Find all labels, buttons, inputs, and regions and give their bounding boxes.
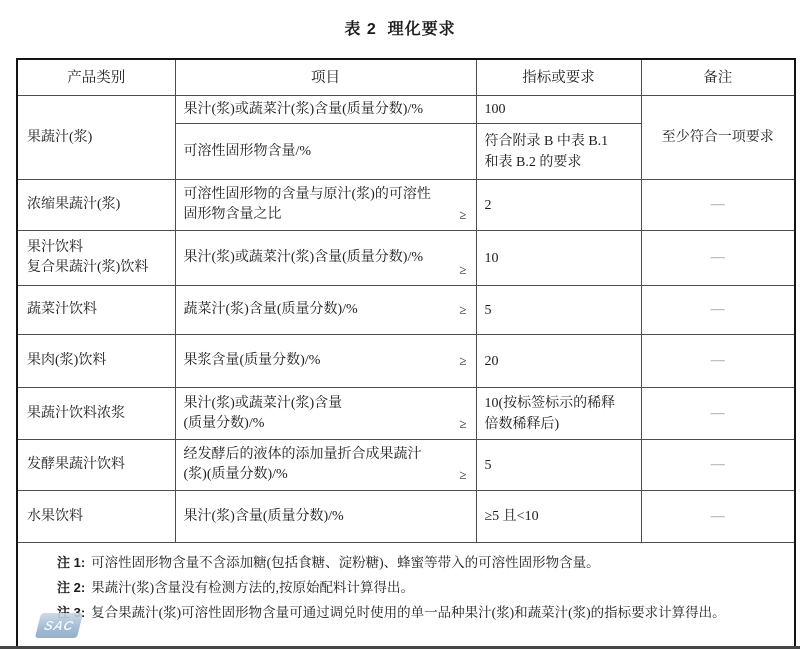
note-text: 果蔬汁(浆)含量没有检测方法的,按原始配料计算得出。 (91, 575, 780, 600)
remark-cell: — (641, 180, 795, 231)
note-label: 注 1: (57, 550, 85, 575)
header-cell-indicator: 指标或要求 (476, 59, 641, 96)
item-text: 果汁(浆)或蔬菜汁(浆)含量(质量分数)/% (184, 250, 424, 265)
remark-cell: — (641, 286, 795, 335)
table-title: 表 2 理化要求 (0, 16, 800, 39)
category-cell: 果肉(浆)饮料 (17, 335, 175, 388)
value-cell: 2 (476, 180, 641, 231)
value-cell: 符合附录 B 中表 B.1 和表 B.2 的要求 (476, 124, 641, 180)
category-cell: 水果饮料 (17, 491, 175, 543)
remark-cell: 至少符合一项要求 (641, 96, 795, 180)
category-cell: 果蔬汁饮料浓浆 (17, 388, 175, 440)
remark-cell: — (641, 440, 795, 491)
value-cell: ≥5 且<10 (476, 491, 641, 543)
note-item: 注 1: 可溶性固形物含量不含添加糖(包括食糖、淀粉糖)、蜂蜜等带入的可溶性固形… (57, 550, 780, 575)
category-cell: 发酵果蔬汁饮料 (17, 440, 175, 491)
table-row: 蔬菜汁饮料 蔬菜汁(浆)含量(质量分数)/%≥ 5 — (17, 286, 795, 335)
item-text: 蔬菜汁(浆)含量(质量分数)/% (184, 302, 358, 317)
note-text: 复合果蔬汁(浆)可溶性固形物含量可通过调兑时使用的单一品种果汁(浆)和蔬菜汁(浆… (91, 600, 780, 625)
gte-symbol: ≥ (459, 205, 466, 225)
requirements-table: 产品类别 项目 指标或要求 备注 果蔬汁(浆) 果汁(浆)或蔬菜汁(浆)含量(质… (16, 58, 796, 649)
sac-watermark-logo: SAC (35, 613, 83, 638)
header-row: 产品类别 项目 指标或要求 备注 (17, 59, 795, 96)
item-text: 果汁(浆)含量(质量分数)/% (184, 509, 344, 524)
header-cell-item: 项目 (175, 59, 476, 96)
value-cell: 5 (476, 440, 641, 491)
notes-row: 注 1: 可溶性固形物含量不含添加糖(包括食糖、淀粉糖)、蜂蜜等带入的可溶性固形… (17, 543, 795, 649)
table-row: 水果饮料 果汁(浆)含量(质量分数)/% ≥5 且<10 — (17, 491, 795, 543)
gte-symbol: ≥ (459, 351, 466, 371)
category-cell: 蔬菜汁饮料 (17, 286, 175, 335)
note-label: 注 2: (57, 575, 85, 600)
value-cell: 5 (476, 286, 641, 335)
table-row: 果蔬汁饮料浓浆 果汁(浆)或蔬菜汁(浆)含量 (质量分数)/%≥ 10(按标签标… (17, 388, 795, 440)
table-row: 果肉(浆)饮料 果浆含量(质量分数)/%≥ 20 — (17, 335, 795, 388)
category-cell: 果汁饮料 复合果蔬汁(浆)饮料 (17, 231, 175, 286)
remark-cell: — (641, 335, 795, 388)
value-cell: 10(按标签标示的稀释 倍数稀释后) (476, 388, 641, 440)
category-cell: 浓缩果蔬汁(浆) (17, 180, 175, 231)
note-item: 注 3: 复合果蔬汁(浆)可溶性固形物含量可通过调兑时使用的单一品种果汁(浆)和… (57, 600, 780, 625)
item-text: 可溶性固形物的含量与原汁(浆)的可溶性 固形物含量之比 (184, 187, 431, 222)
table-row: 果汁饮料 复合果蔬汁(浆)饮料 果汁(浆)或蔬菜汁(浆)含量(质量分数)/%≥ … (17, 231, 795, 286)
item-text: 经发酵后的液体的添加量折合成果蔬汁 (浆)(质量分数)/% (184, 447, 422, 482)
gte-symbol: ≥ (459, 300, 466, 320)
remark-cell: — (641, 491, 795, 543)
table-row: 浓缩果蔬汁(浆) 可溶性固形物的含量与原汁(浆)的可溶性 固形物含量之比≥ 2 … (17, 180, 795, 231)
notes-block: 注 1: 可溶性固形物含量不含添加糖(包括食糖、淀粉糖)、蜂蜜等带入的可溶性固形… (17, 543, 795, 649)
note-text: 可溶性固形物含量不含添加糖(包括食糖、淀粉糖)、蜂蜜等带入的可溶性固形物含量。 (91, 550, 780, 575)
item-cell: 果汁(浆)或蔬菜汁(浆)含量(质量分数)/% (175, 96, 476, 124)
value-cell: 10 (476, 231, 641, 286)
remark-cell: — (641, 388, 795, 440)
item-text: 果汁(浆)或蔬菜汁(浆)含量 (质量分数)/% (184, 396, 343, 431)
table-row: 果蔬汁(浆) 果汁(浆)或蔬菜汁(浆)含量(质量分数)/% 100 至少符合一项… (17, 96, 795, 124)
header-cell-remark: 备注 (641, 59, 795, 96)
value-cell: 100 (476, 96, 641, 124)
gte-symbol: ≥ (459, 465, 466, 485)
item-cell: 可溶性固形物含量/% (175, 124, 476, 180)
remark-cell: — (641, 231, 795, 286)
gte-symbol: ≥ (459, 260, 466, 280)
value-cell: 20 (476, 335, 641, 388)
gte-symbol: ≥ (459, 414, 466, 434)
note-item: 注 2: 果蔬汁(浆)含量没有检测方法的,按原始配料计算得出。 (57, 575, 780, 600)
table-row: 发酵果蔬汁饮料 经发酵后的液体的添加量折合成果蔬汁 (浆)(质量分数)/%≥ 5… (17, 440, 795, 491)
sac-watermark-text: SAC (43, 618, 76, 633)
category-cell: 果蔬汁(浆) (17, 96, 175, 180)
item-text: 果浆含量(质量分数)/% (184, 353, 321, 368)
header-cell-category: 产品类别 (17, 59, 175, 96)
